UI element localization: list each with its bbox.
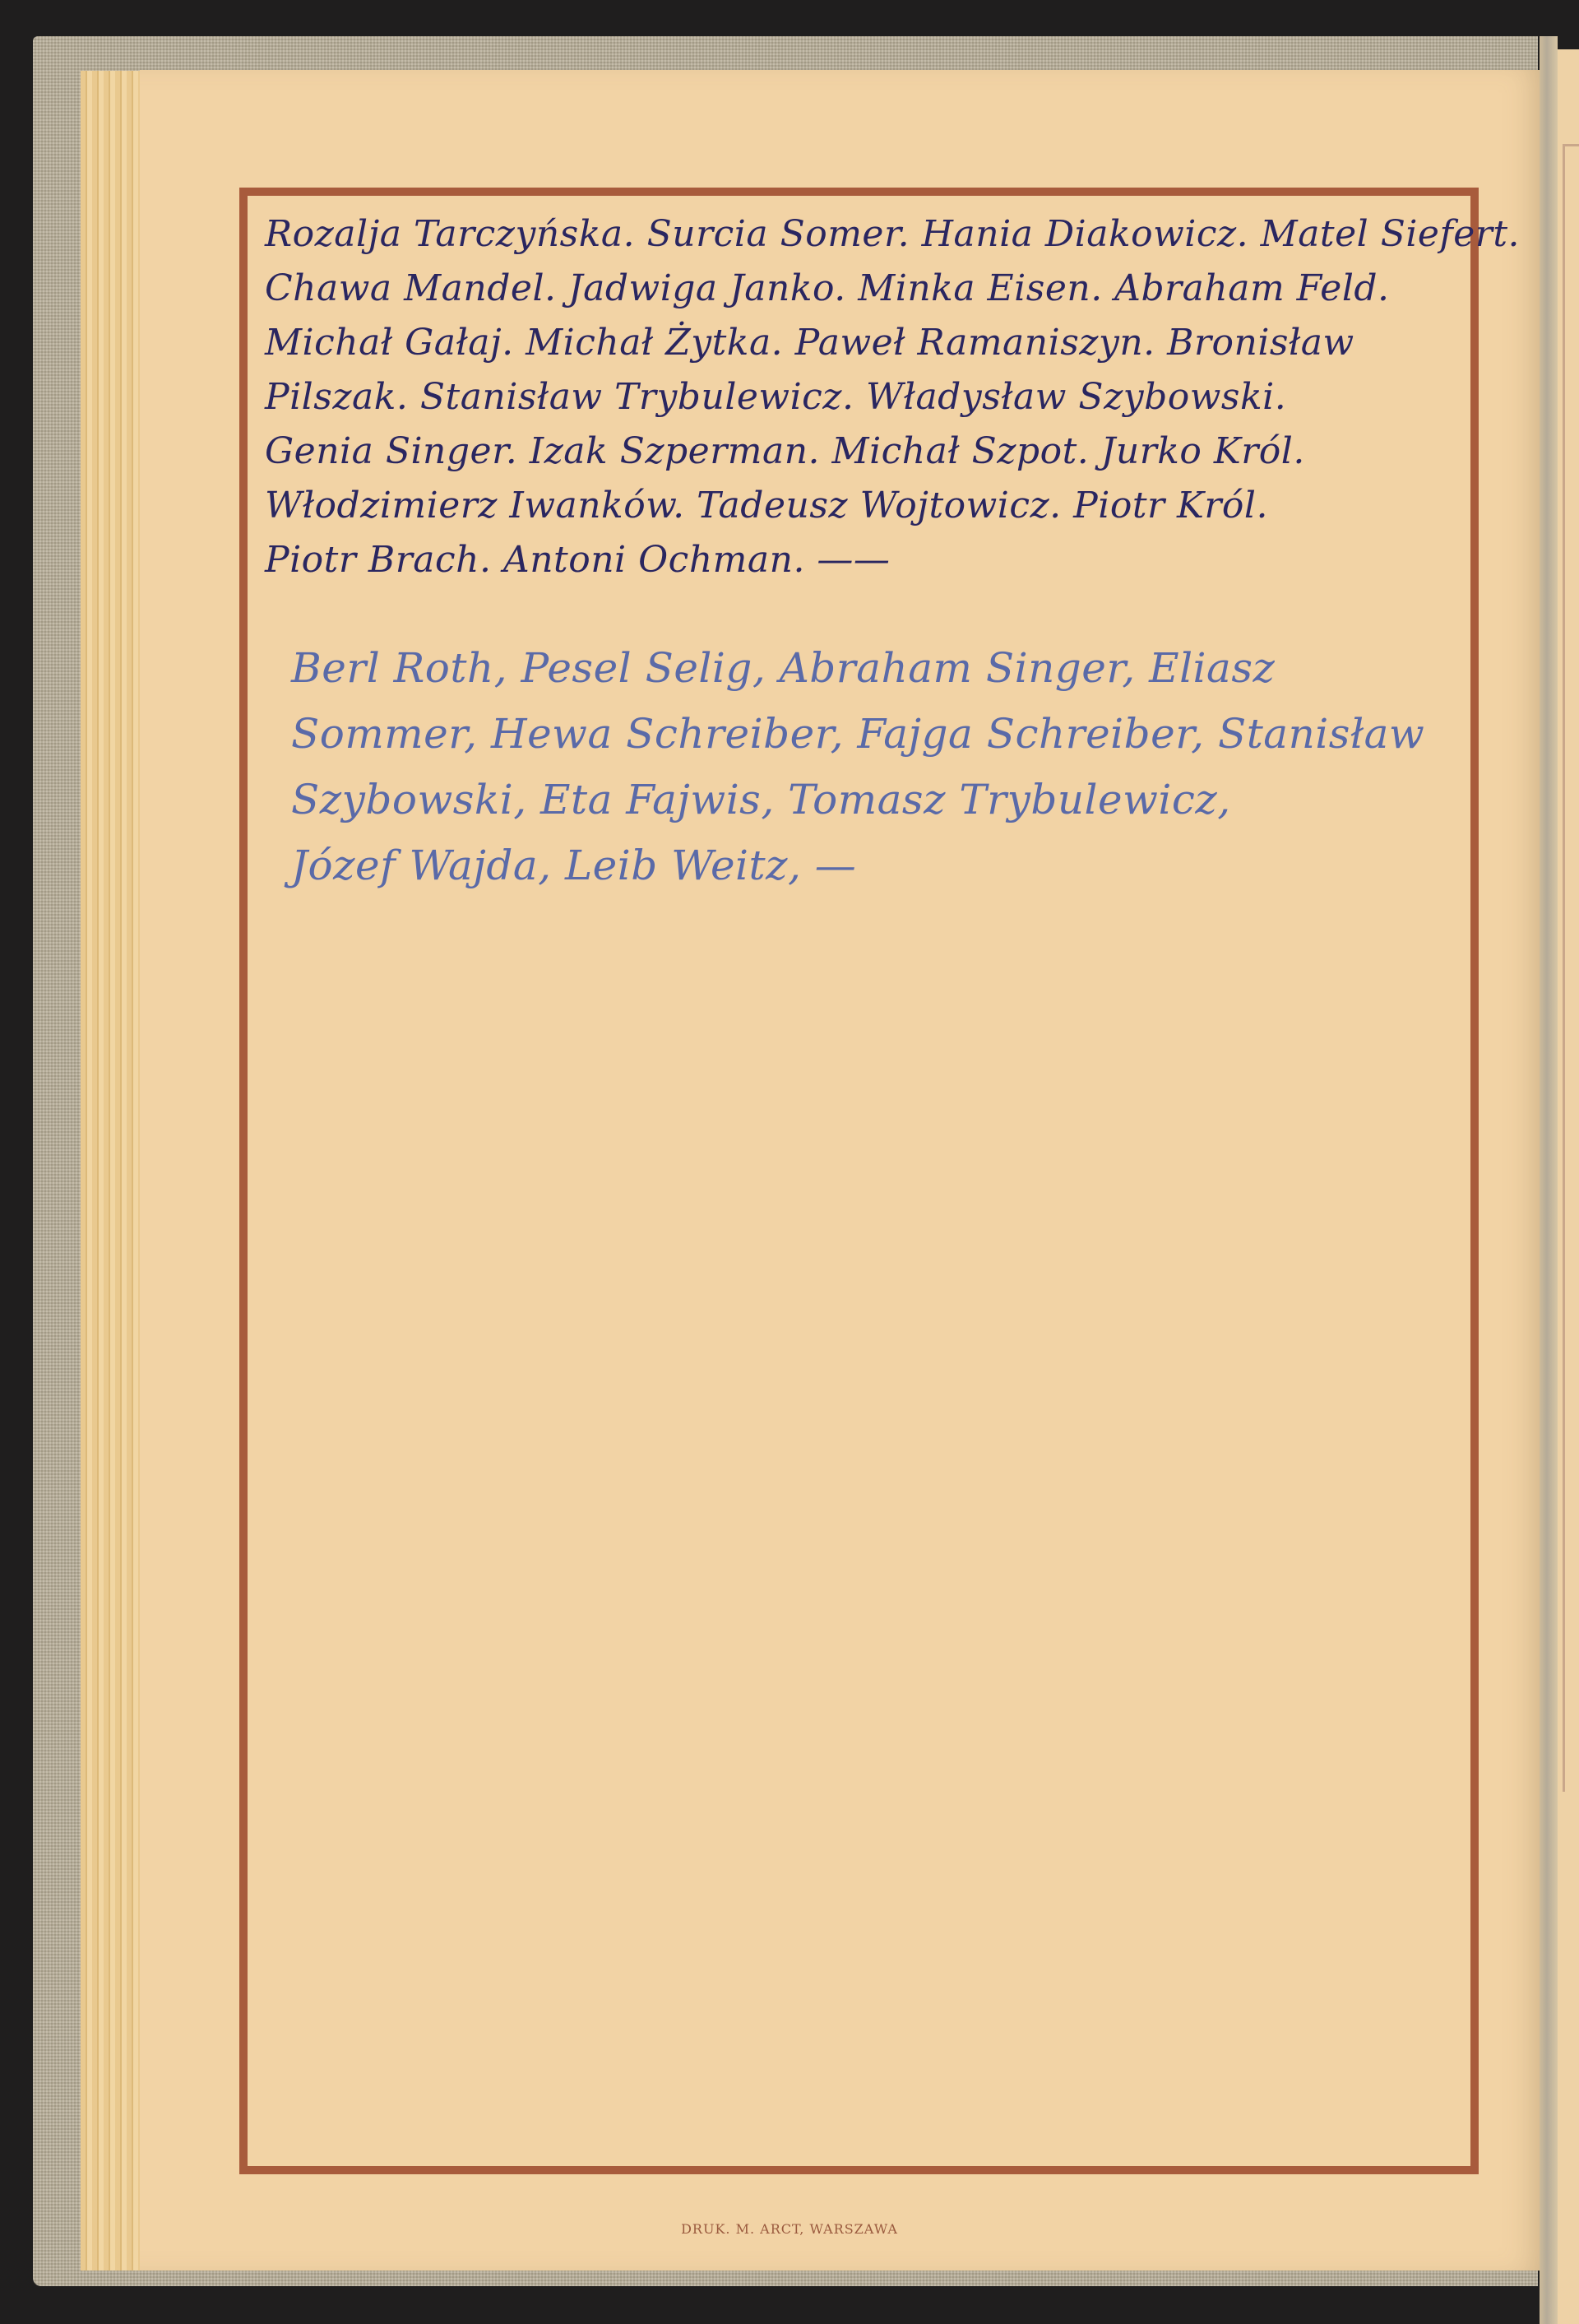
handwritten-line: Genia Singer. Izak Szperman. Michał Szpo…: [265, 424, 1462, 479]
handwritten-line: Piotr Brach. Antoni Ochman. ——: [265, 533, 1462, 587]
handwritten-line: Sommer, Hewa Schreiber, Fajga Schreiber,…: [291, 701, 1462, 767]
handwritten-line: Michał Gałaj. Michał Żytka. Paweł Ramani…: [265, 316, 1462, 370]
handwritten-line: Pilszak. Stanisław Trybulewicz. Władysła…: [265, 370, 1462, 424]
adjacent-page-border: [1563, 144, 1579, 1792]
handwritten-line: Berl Roth, Pesel Selig, Abraham Singer, …: [291, 635, 1462, 701]
handwritten-content: Rozalja Tarczyńska. Surcia Somer. Hania …: [262, 207, 1462, 898]
handwritten-line: Rozalja Tarczyńska. Surcia Somer. Hania …: [265, 207, 1462, 262]
handwritten-line: Włodzimierz Iwanków. Tadeusz Wojtowicz. …: [265, 479, 1462, 533]
printer-imprint: DRUK. M. ARCT, WARSZAWA: [0, 2221, 1579, 2237]
book-gutter: [1540, 36, 1558, 2324]
names-group-light-ink: Berl Roth, Pesel Selig, Abraham Singer, …: [262, 635, 1462, 898]
handwritten-line: Józef Wajda, Leib Weitz, —: [291, 833, 1462, 898]
names-group-dark-ink: Rozalja Tarczyńska. Surcia Somer. Hania …: [262, 207, 1462, 587]
handwritten-line: Chawa Mandel. Jadwiga Janko. Minka Eisen…: [265, 262, 1462, 316]
page-block-edges: [81, 71, 141, 2271]
handwritten-line: Szybowski, Eta Fajwis, Tomasz Trybulewic…: [291, 767, 1462, 833]
